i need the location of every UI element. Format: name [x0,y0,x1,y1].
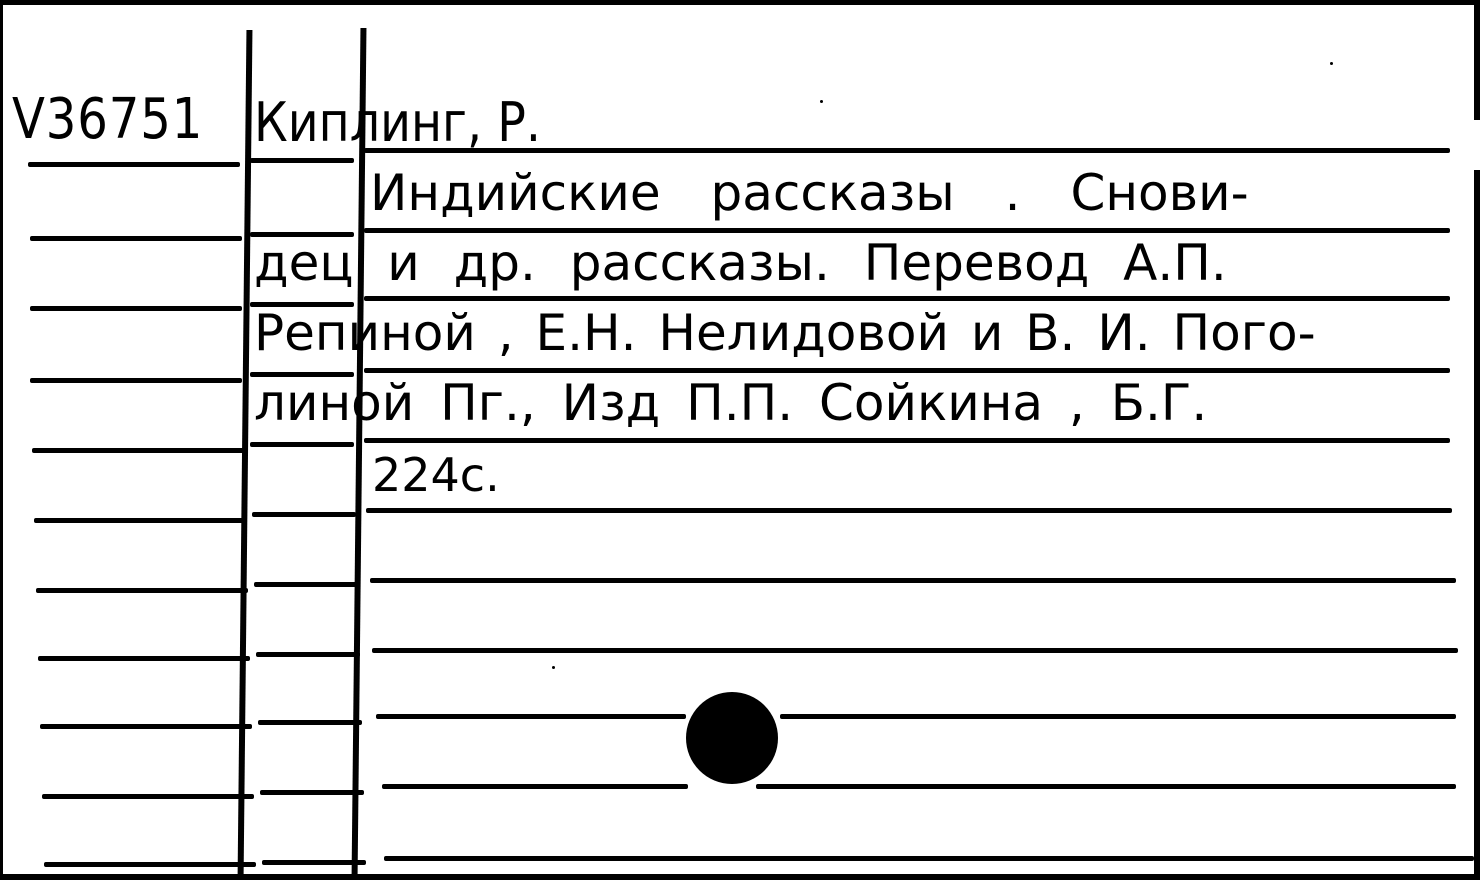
ruled-line [364,368,1450,373]
title-line-3: Репиной , Е.Н. Нелидовой и В. И. Пого- [254,308,1316,358]
title-line-2: дец и др. рассказы. Перевод А.П. [254,238,1227,288]
ruled-line [30,236,242,241]
card-edge-gap [1474,120,1480,170]
ruled-line [250,158,354,163]
title-line-4: линой Пг., Изд П.П. Сойкина , Б.Г. [254,378,1207,428]
ruled-line [250,442,354,447]
ruled-line [42,794,254,799]
ruled-line [364,438,1450,443]
ruled-line [780,714,1456,719]
author-heading: Киплинг, Р. [254,96,541,150]
ruled-line [262,860,366,865]
ruled-line [40,724,252,729]
column-rule-right [352,28,367,880]
ruled-line [30,306,242,311]
ruled-line [256,652,360,657]
ruled-line [252,512,356,517]
title-line-1: Индийские рассказы . Снови- [370,168,1249,218]
ruled-line [258,720,362,725]
ruled-line [260,790,364,795]
ruled-line [756,784,1456,789]
ruled-line [254,582,358,587]
ruled-line [28,162,240,167]
scan-speck [552,666,555,669]
ruled-line [364,296,1450,301]
ruled-line [32,448,244,453]
ruled-line [370,578,1456,583]
card-edge-bottom [0,874,1480,880]
catalog-card: V36751 Киплинг, Р. Индийские рассказы . … [0,0,1480,880]
ruled-line [384,856,1474,861]
pagination: 224с. [372,452,500,498]
card-edge-top [0,0,1480,5]
scan-speck [1330,62,1333,65]
ruled-line [44,862,256,867]
ruled-line [364,228,1450,233]
punch-hole [686,692,778,784]
ruled-line [372,648,1458,653]
ruled-line [366,508,1452,513]
card-edge-left [0,0,3,880]
scan-speck [820,100,823,103]
ruled-line [34,518,246,523]
ruled-line [36,588,248,593]
ruled-line [38,656,250,661]
ruled-line [382,784,688,789]
call-number: V36751 [12,92,203,148]
ruled-line [30,378,242,383]
ruled-line [376,714,686,719]
